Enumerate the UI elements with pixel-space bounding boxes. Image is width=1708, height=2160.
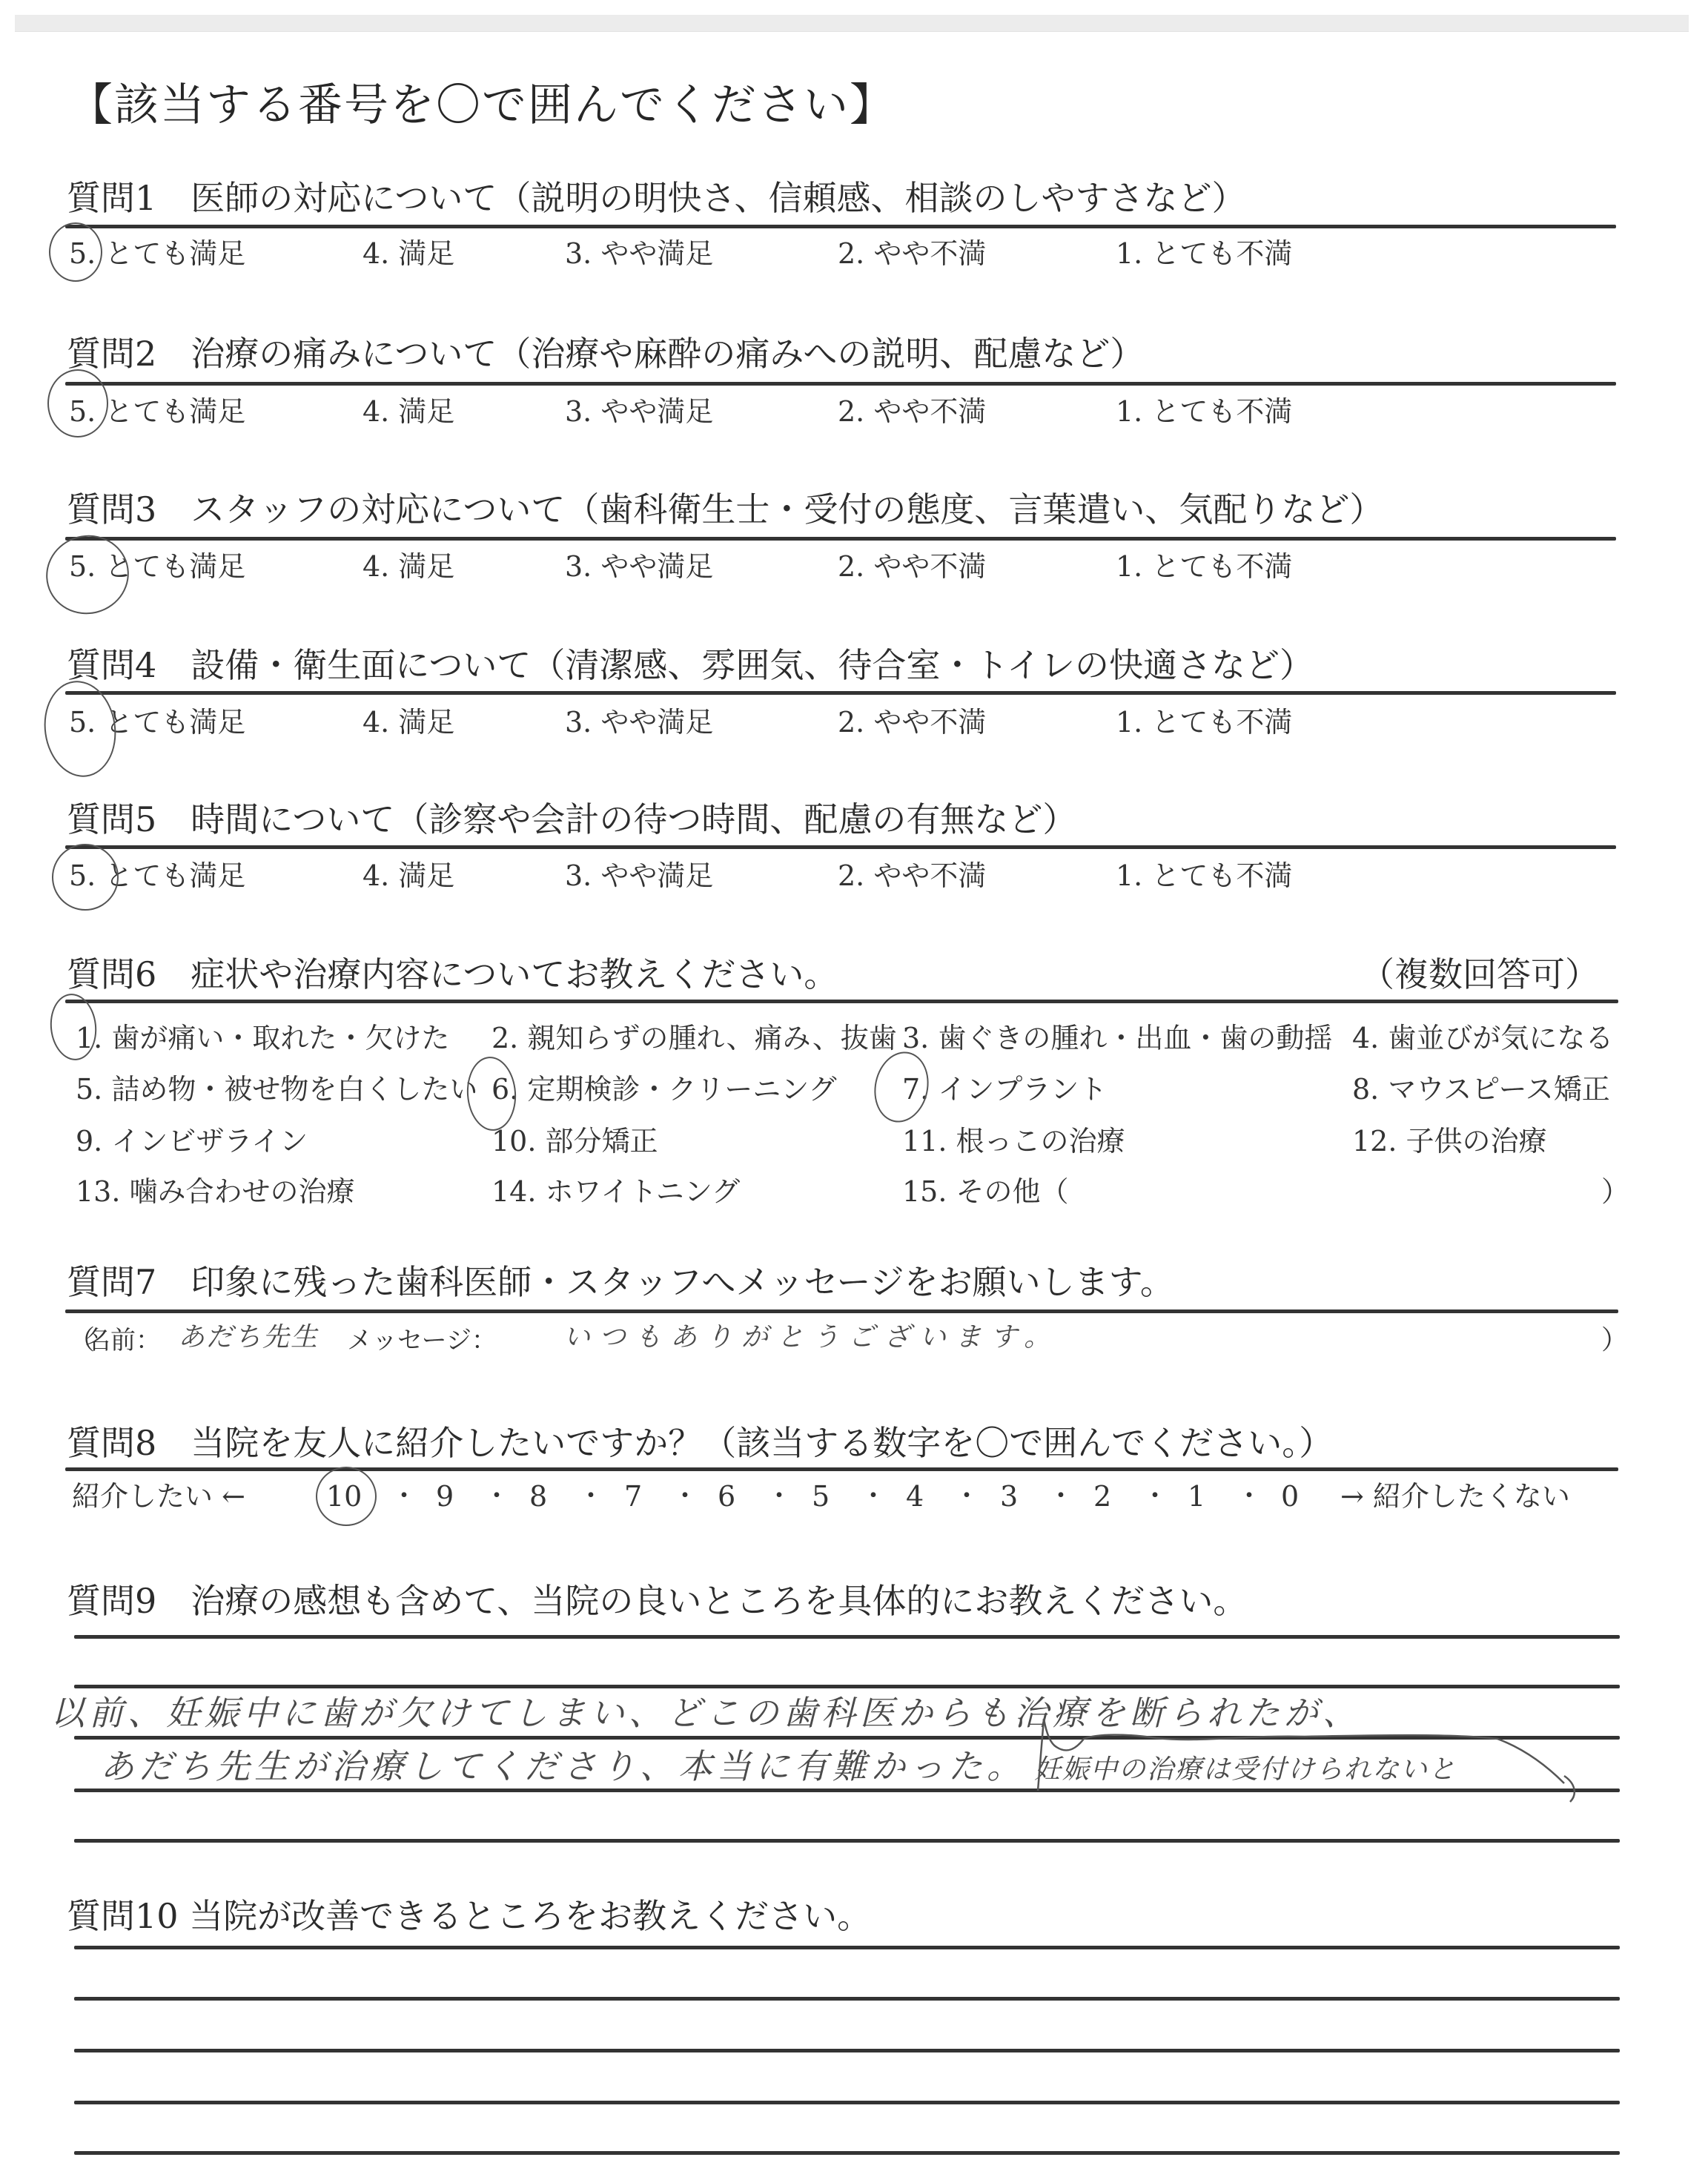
q10-answer-line-4 (74, 2101, 1620, 2104)
q10-answer-line-5 (74, 2151, 1620, 2155)
q10-answer-line-1 (74, 1946, 1620, 1949)
q10-answer-line-2 (74, 1997, 1620, 2001)
q10-answer-line-3 (74, 2049, 1620, 2052)
question-10-label: 質問10 当院が改善できるところをお教えください。 (67, 1898, 871, 1934)
insertion-mark-icon (0, 0, 1708, 2160)
